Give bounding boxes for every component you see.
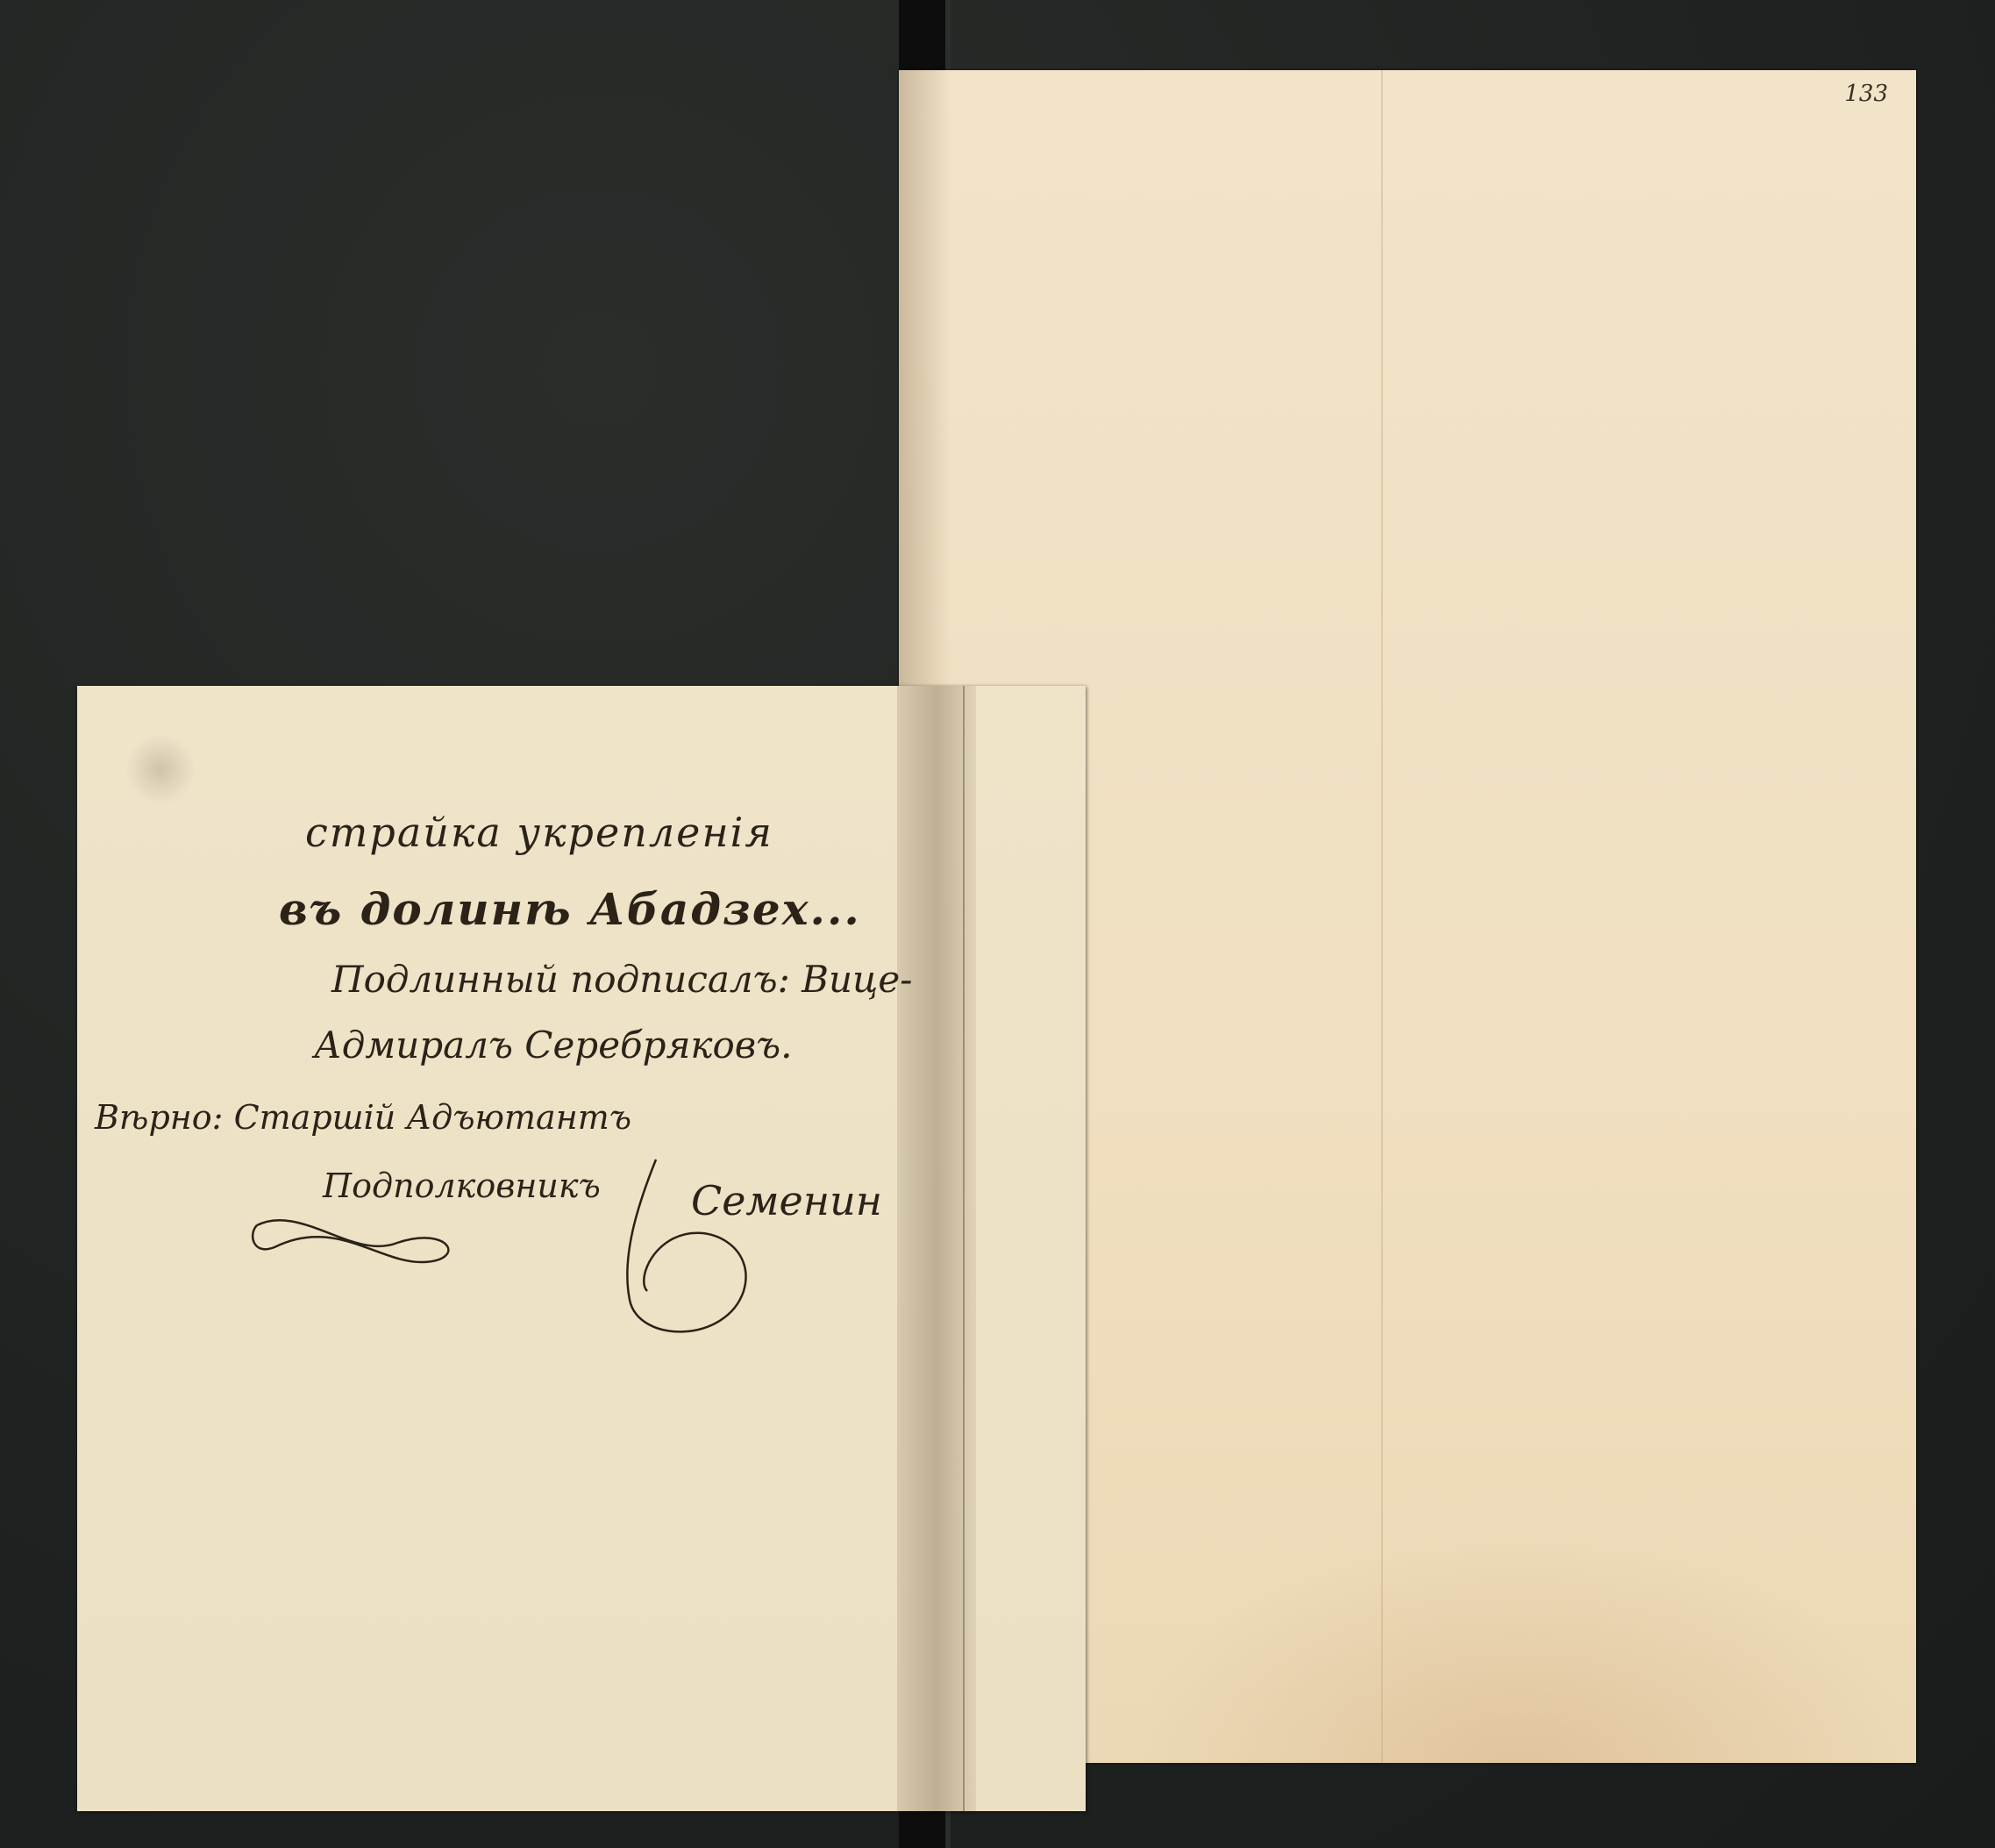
signature-flourish-icon xyxy=(603,1151,761,1352)
handwritten-line: Подполковникъ xyxy=(323,1167,601,1205)
handwritten-line: Адмиралъ Серебряковъ. xyxy=(314,1024,793,1067)
handwritten-line: Вѣрно: Старшiй Адъютантъ xyxy=(95,1098,631,1137)
left-page: страйка укрепленiя въ долинѣ Абадзех... … xyxy=(77,686,1086,1811)
handwritten-line: Подлинный подписалъ: Вице- xyxy=(331,958,912,1001)
flourish-icon xyxy=(248,1208,476,1269)
handwritten-line: въ долинѣ Абадзех... xyxy=(279,883,861,935)
faded-stamp xyxy=(125,734,196,804)
handwritten-line: страйка укрепленiя xyxy=(305,809,773,856)
water-stain xyxy=(1127,1535,1916,1763)
page-crease xyxy=(963,686,965,1811)
folio-number: 133 xyxy=(1844,81,1888,107)
page-fold-line xyxy=(1381,70,1383,1763)
